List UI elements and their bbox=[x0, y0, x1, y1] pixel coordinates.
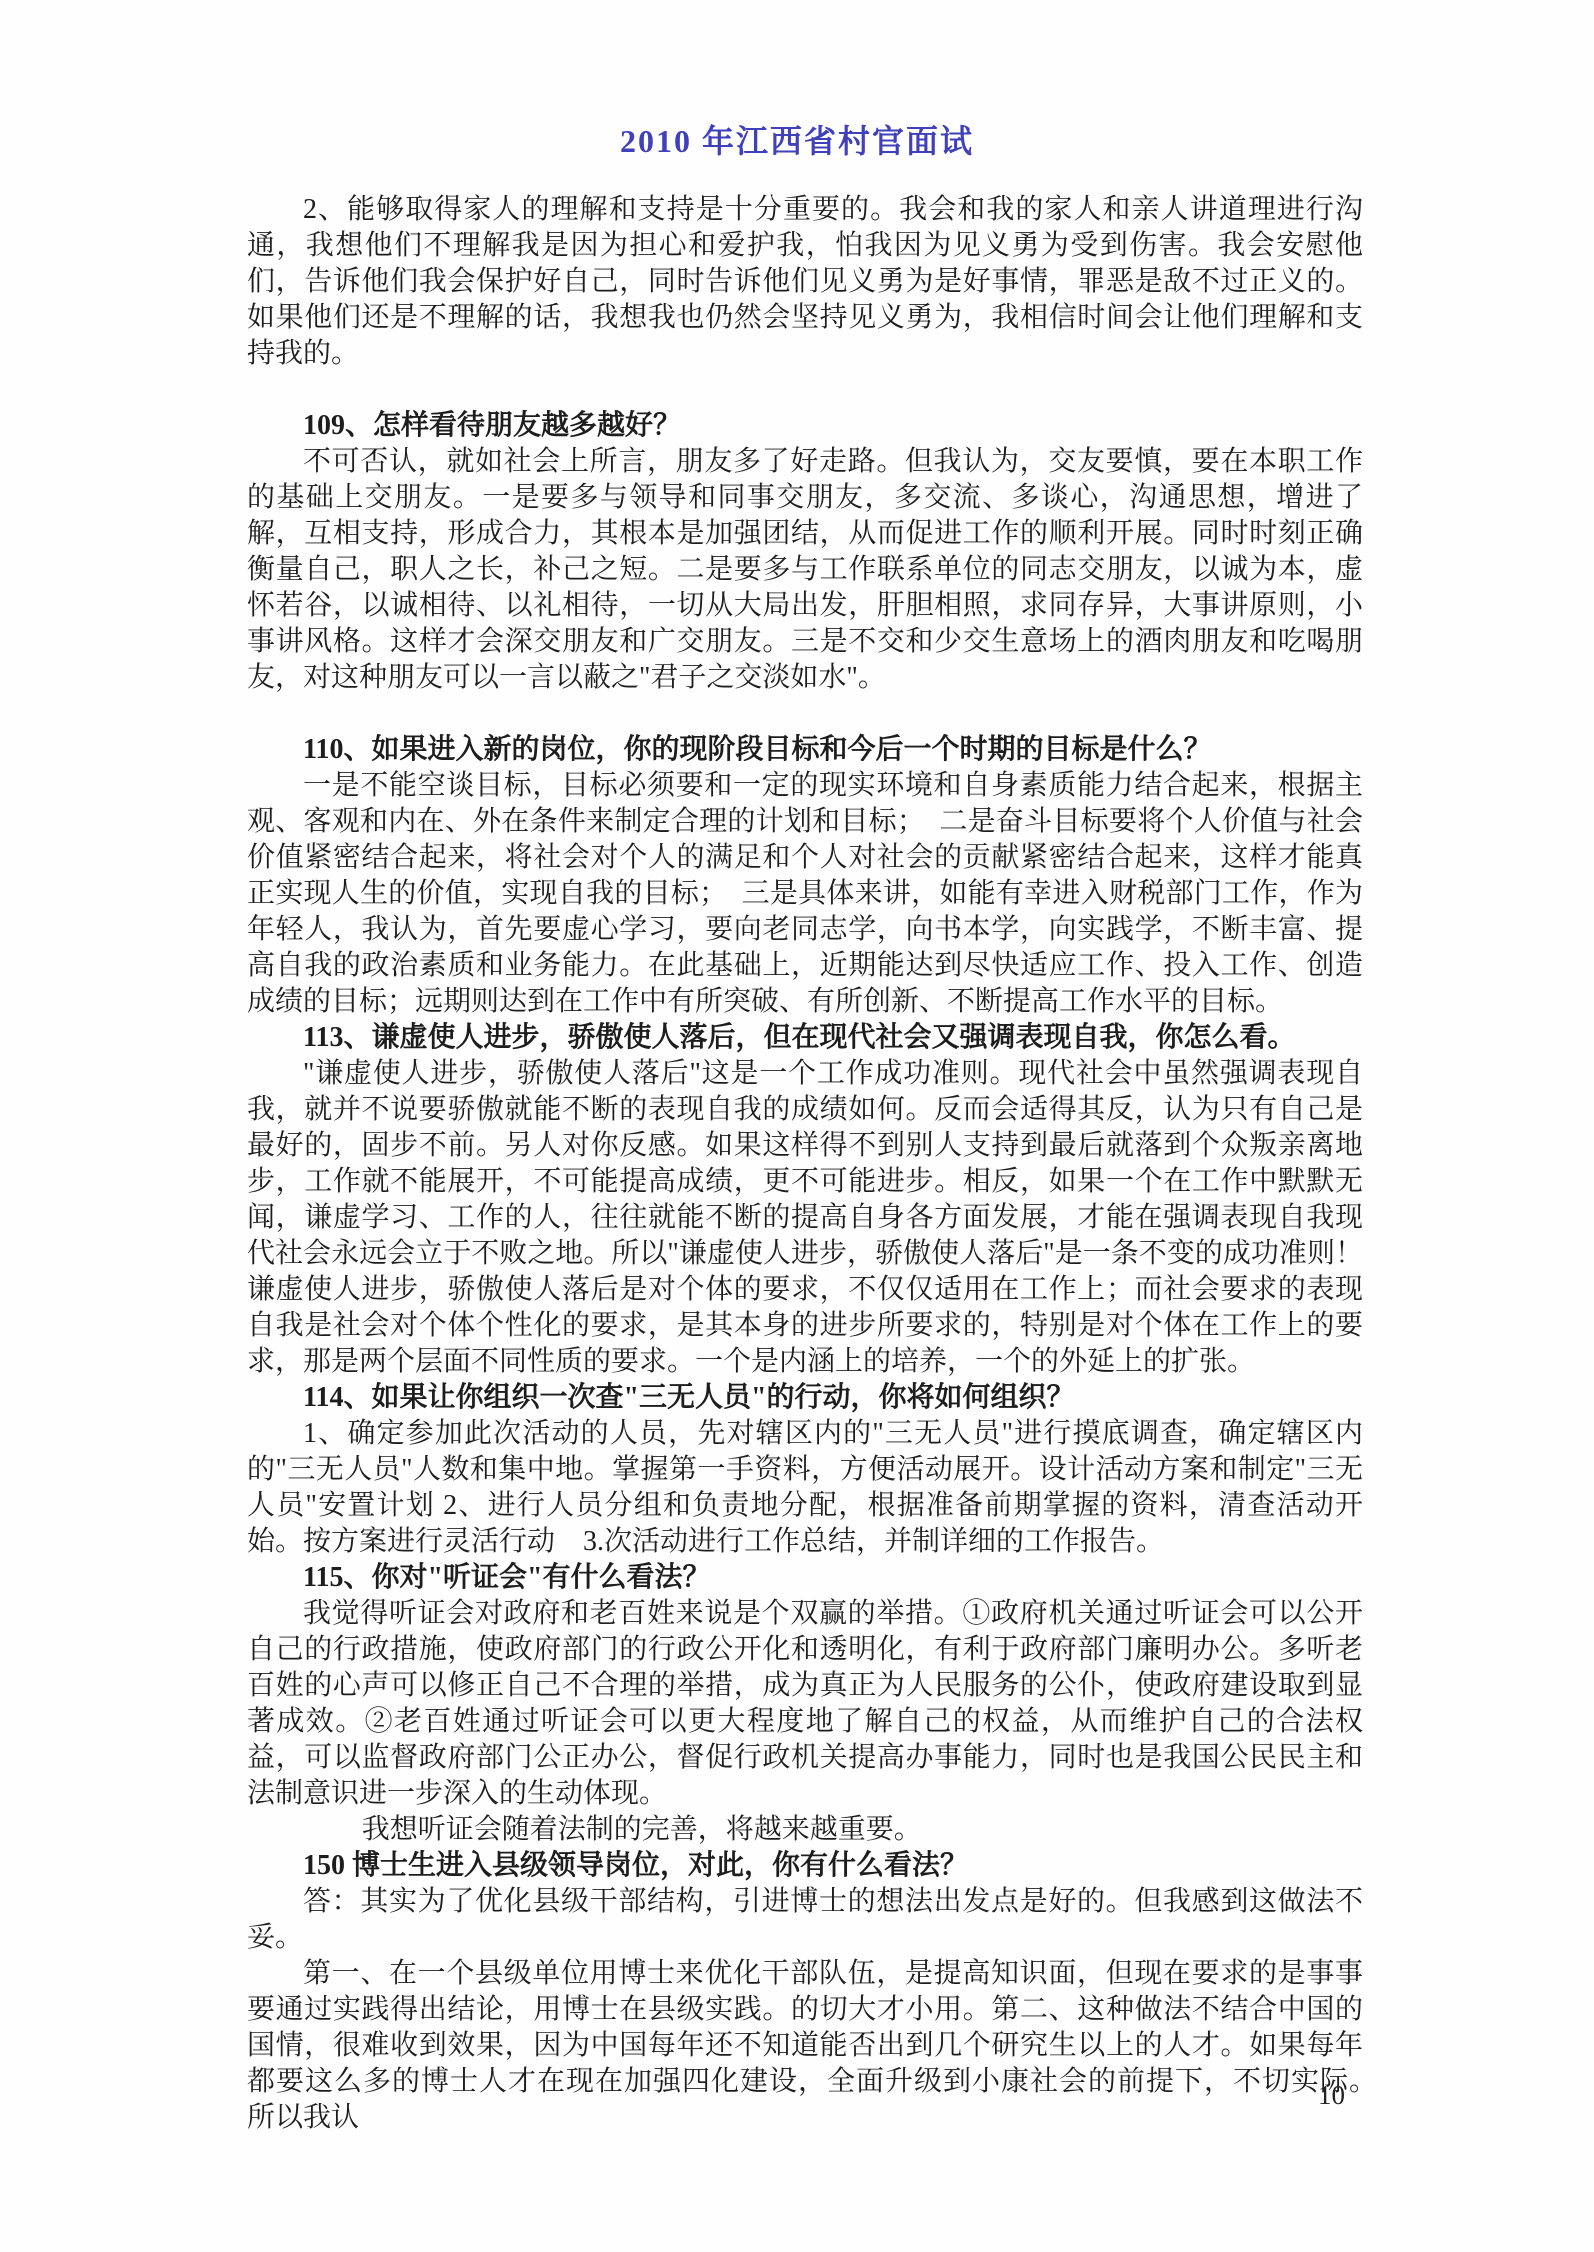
question-109-title: 109、怎样看待朋友越多越好？ bbox=[247, 408, 1363, 444]
page-header-title: 2010 年江西省村官面试 bbox=[0, 116, 1594, 162]
question-110-answer: 一是不能空谈目标，目标必须要和一定的现实环境和自身素质能力结合起来，根据主观、客… bbox=[247, 768, 1363, 1020]
section-gap bbox=[247, 372, 1363, 408]
document-page: 2010 年江西省村官面试 2、能够取得家人的理解和支持是十分重要的。我会和我的… bbox=[0, 0, 1594, 2252]
question-110-title: 110、如果进入新的岗位，你的现阶段目标和今后一个时期的目标是什么？ bbox=[247, 732, 1363, 768]
question-115-title: 115、你对"听证会"有什么看法？ bbox=[247, 1560, 1363, 1596]
question-150-answer-paragraph-1: 答：其实为了优化县级干部结构，引进博士的想法出发点是好的。但我感到这做法不妥。 bbox=[247, 1884, 1363, 1956]
question-113-answer: "谦虚使人进步，骄傲使人落后"这是一个工作成功准则。现代社会中虽然强调表现自我，… bbox=[247, 1056, 1363, 1380]
question-113-title: 113、谦虚使人进步，骄傲使人落后，但在现代社会又强调表现自我，你怎么看。 bbox=[247, 1020, 1363, 1056]
question-115-closing-note: 我想听证会随着法制的完善，将越来越重要。 bbox=[247, 1812, 1363, 1848]
section-gap bbox=[247, 696, 1363, 732]
question-150-answer-paragraph-2: 第一、在一个县级单位用博士来优化干部队伍，是提高知识面，但现在要求的是事事要通过… bbox=[247, 1956, 1363, 2136]
question-114-answer: 1、确定参加此次活动的人员，先对辖区内的"三无人员"进行摸底调查，确定辖区内的"… bbox=[247, 1416, 1363, 1560]
document-body: 2、能够取得家人的理解和支持是十分重要的。我会和我的家人和亲人讲道理进行沟通，我… bbox=[247, 192, 1363, 2136]
intro-answer-paragraph: 2、能够取得家人的理解和支持是十分重要的。我会和我的家人和亲人讲道理进行沟通，我… bbox=[247, 192, 1363, 372]
question-109-answer: 不可否认，就如社会上所言，朋友多了好走路。但我认为，交友要慎，要在本职工作的基础… bbox=[247, 444, 1363, 696]
question-150-title: 150 博士生进入县级领导岗位，对此，你有什么看法？ bbox=[247, 1848, 1363, 1884]
question-114-title: 114、如果让你组织一次查"三无人员"的行动，你将如何组织？ bbox=[247, 1380, 1363, 1416]
page-number: 10 bbox=[1318, 2080, 1345, 2111]
question-115-answer: 我觉得听证会对政府和老百姓来说是个双赢的举措。①政府机关通过听证会可以公开自己的… bbox=[247, 1596, 1363, 1812]
